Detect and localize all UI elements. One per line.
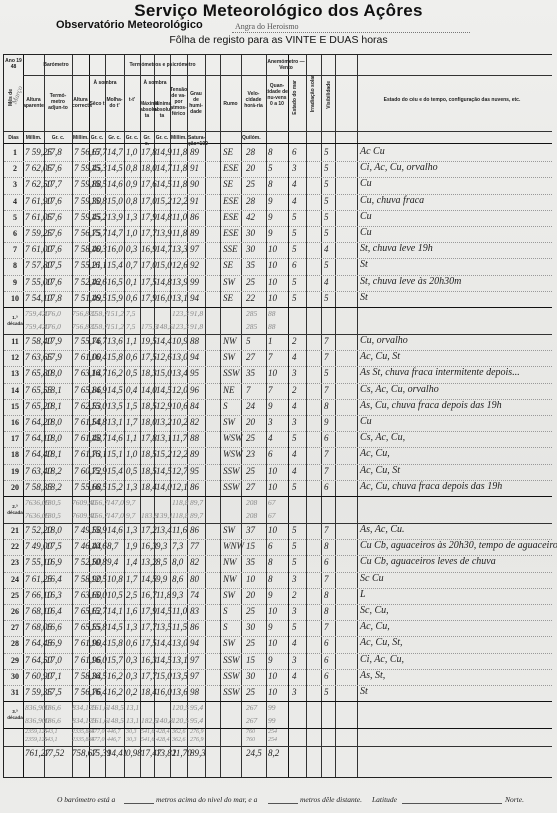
cell-seco: 15,3 [91,163,107,173]
cell-vel: 25 [246,687,255,697]
row-rule [4,636,552,637]
cell-mar: 4 [292,352,297,362]
cell-dif: 0,6 [126,352,137,362]
cell-vel: 28 [246,196,255,206]
cell-tens: 8,0 [172,557,183,567]
decade-value: 147,0 [107,498,124,507]
cell-max: 13,2 [141,557,157,567]
cell-tadj: 17,9 [46,352,62,362]
cell-tadj: 18,0 [46,368,62,378]
cell-hum: 98 [190,687,199,697]
cell-tens: 11,8 [172,147,187,157]
row-rule [4,572,552,573]
cell-hum: 80 [190,574,199,584]
cell-min: 14,5 [156,606,172,616]
total-value: 30,3 [126,737,137,743]
cell-sky-remark: St [360,686,368,697]
col-max: Máxima absolu-ta [140,101,154,119]
total-value: 477,0 [91,729,105,735]
cell-seco: 16,1 [91,449,107,459]
footer-latitude: Latitude [372,795,397,804]
cell-tadj: 16,6 [46,622,62,632]
cell-max: 17,0 [141,260,157,270]
decade-value: 140,8 [156,716,173,725]
cell-mar: 5 [292,482,297,492]
row-rule [4,588,552,589]
cell-molh: 13,6 [107,336,123,346]
cell-seco: 10,6 [91,541,107,551]
decade-value: 89,7 [190,498,203,507]
decade-value: 151,2 [107,309,124,318]
cell-dif: 1,0 [126,449,137,459]
total-value: 254 [268,737,277,743]
row-rule [4,620,552,621]
day-number: 18 [8,450,22,459]
cell-molh: 13,1 [107,417,123,427]
cell-sky-remark: Ac, Cu, [360,448,390,459]
sheet-subtitle: Fôlha de registo para as VINTE E DUAS ho… [0,34,557,46]
cell-tens: 13,1 [172,655,188,665]
cell-sky-remark: Ac, Cu, St [360,351,400,362]
cell-molh: 14,6 [107,525,123,535]
cell-hum: 95 [190,466,199,476]
cell-visibility: 6 [324,433,329,443]
cell-seco: 16,7 [91,368,107,378]
decade-value: 13,1 [126,716,139,725]
cell-nuv: 8 [268,147,273,157]
cell-min: 14,5 [156,179,172,189]
cell-hum: 91 [190,196,199,206]
cell-vel: 25 [246,466,255,476]
decade-value: 180,5 [44,511,61,520]
cell-tadj: 18,0 [46,433,62,443]
mean-value: 17,52 [44,748,64,758]
cell-sky-remark: Ac, Cu, St, [360,637,403,648]
cell-nuv: 8 [268,557,273,567]
cell-tadj: 17,6 [46,277,62,287]
day-number: 29 [8,656,22,665]
total-value: 428,4 [156,737,170,743]
cell-visibility: 4 [324,277,329,287]
cell-mar: 2 [292,590,297,600]
cell-mar: 3 [292,574,297,584]
cell-vel: 27 [246,482,255,492]
cell-nuv: 10 [268,482,277,492]
row-rule [4,275,552,276]
cell-rumo: SSW [223,671,240,681]
total-value: 254 [268,729,277,735]
cell-dif: 0,9 [126,179,137,189]
decade-value: 161,6 [91,716,108,725]
cell-dif: 1,4 [126,557,137,567]
cell-visibility: 5 [324,228,329,238]
cell-vel: 25 [246,179,255,189]
cell-hum: 94 [190,352,199,362]
cell-tens: 13,3 [172,244,188,254]
decade-value: 156,7 [91,498,108,507]
decade-label: 2.ª década [6,504,24,516]
cell-rumo: SSW [223,368,240,378]
total-value: 362,6 [172,737,186,743]
cell-seco: 16,4 [91,638,107,648]
cell-nuv: 9 [268,655,273,665]
cell-seco: 15,9 [91,525,107,535]
cell-max: 17,6 [141,179,157,189]
cell-molh: 14,6 [107,179,123,189]
decade-value: 9,7 [126,511,135,520]
cell-tadj: 18,0 [46,417,62,427]
cell-mar: 3 [292,606,297,616]
total-value: 541,6 [141,737,155,743]
day-number: 2 [8,164,22,173]
cell-molh: 15,4 [107,466,123,476]
cell-visibility: 6 [324,557,329,567]
cell-sky-remark: Cu [360,178,372,189]
cell-hum: 86 [190,525,199,535]
cell-nuv: 9 [268,590,273,600]
cell-nuv: 10 [268,606,277,616]
cell-hum: 90 [190,179,199,189]
cell-nuv: 10 [268,368,277,378]
decade-value: 158,7 [91,322,108,331]
cell-vel: 35 [246,368,255,378]
day-number: 13 [8,369,22,378]
decade-value: 161,6 [91,703,108,712]
cell-hum: 94 [190,638,199,648]
decade-label: 1.ª década [6,315,24,327]
cell-visibility: 5 [324,687,329,697]
cell-dif: 2,5 [126,590,137,600]
cell-molh: 13,5 [107,401,123,411]
decade-value: 123,3 [172,309,189,318]
col-min: Mínima absolu-ta [154,101,170,119]
cell-min: 14,0 [156,482,172,492]
col-sky-state: Estado do céu e do tempo, configuração d… [357,97,547,103]
cell-min: 14,4 [156,638,172,648]
cell-tadj: 17,6 [46,244,62,254]
cell-visibility: 8 [324,541,329,551]
cell-visibility: 6 [324,638,329,648]
footer-barometer-text: O barómetro está a [57,795,115,804]
anemometer-header: Anemómetro — Vento [266,59,306,71]
cell-dif: 0,6 [126,638,137,648]
decade-value: 180,5 [44,498,61,507]
cell-mar: 5 [292,622,297,632]
decade-value: 139,1 [156,511,173,520]
cell-rumo: S [223,622,228,632]
cell-nuv: 10 [268,687,277,697]
cell-mar: 5 [292,557,297,567]
cell-tens: 12,2 [172,449,188,459]
cell-sky-remark: Ac, Cu, St [360,465,400,476]
day-number: 11 [8,337,22,346]
cell-dif: 0,4 [126,385,137,395]
cell-tadj: 17,6 [46,228,62,238]
cell-min: 13,1 [156,433,172,443]
mean-value: 11,70 [172,748,192,758]
day-number: 28 [8,639,22,648]
cell-tadj: 17,8 [46,147,62,157]
cell-hum: 97 [190,244,199,254]
cell-max: 16,3 [141,655,157,665]
decade-value: 148,5 [107,703,124,712]
decade-value: 123,3 [172,322,189,331]
cell-seco: 16,0 [91,655,107,665]
cell-tens: 12,0 [172,385,188,395]
cell-tens: 12,2 [172,196,188,206]
cell-min: 13,4 [156,525,172,535]
cell-vel: 35 [246,557,255,567]
cell-nuv: 7 [268,352,273,362]
cell-min: 9,9 [156,574,167,584]
cell-molh: 16,2 [107,368,123,378]
cell-molh: 15,1 [107,449,123,459]
cell-seco: 16,3 [91,244,107,254]
cell-hum: 92 [190,260,199,270]
cell-tadj: 16,9 [46,557,62,567]
cell-min: 14,5 [156,466,172,476]
cell-vel: 20 [246,417,255,427]
cell-max: 17,7 [141,622,157,632]
cell-min: 14,8 [156,212,172,222]
decade-rule [4,701,552,702]
cell-max: 17,0 [141,196,157,206]
total-value: 276,9 [190,729,204,735]
cell-tens: 11,8 [172,179,187,189]
col-attached-thermometer: Termó-metro adjun-to [44,93,72,111]
cell-max: 17,9 [141,606,157,616]
cell-rumo: NW [223,574,237,584]
day-number: 7 [8,245,22,254]
decade-value: 67 [268,498,276,507]
cell-tadj: 18,1 [46,401,62,411]
cell-sky-remark: Cu, chuva fraca [360,195,424,206]
decade-value: 208 [246,498,257,507]
cell-sky-remark: Ac, Cu, [360,621,390,632]
cell-max: 17,5 [141,352,157,362]
cell-rumo: SE [223,293,233,303]
cell-vel: 25 [246,638,255,648]
decade-value: 88 [268,322,276,331]
cell-rumo: SE [223,260,233,270]
cell-hum: 95 [190,368,199,378]
cell-hum: 97 [190,655,199,665]
cell-mar: 4 [292,671,297,681]
cell-mar: 5 [292,541,297,551]
day-number: 10 [8,294,22,303]
year-header: Ano 19 48 [4,58,23,70]
cell-molh: 14,7 [107,228,123,238]
decade-value: 186,6 [44,716,61,725]
cell-dif: 0,2 [126,687,137,697]
cell-tens: 7,3 [172,541,183,551]
cell-molh: 16,0 [107,244,123,254]
cell-dif: 0,6 [126,293,137,303]
cell-sky-remark: As, St, [360,670,385,681]
total-value: 446,7 [107,737,121,743]
col-humidity: Grau de humi-dade [187,91,205,115]
cell-sky-remark: Cu Cb, aguaceiros leves de chuva [360,556,496,567]
cell-max: 17,9 [141,293,157,303]
row-rule [4,431,552,432]
decade-value: 120,5 [172,703,189,712]
cell-molh: 14,5 [107,385,123,395]
cell-dif: 0,1 [126,277,137,287]
cell-visibility: 8 [324,606,329,616]
footer-blank-latitude [402,803,502,804]
day-number: 8 [8,261,22,270]
cell-visibility: 9 [324,417,329,427]
cell-sky-remark: Cu Cb, aguaceiros às 20h30, tempo de agu… [360,540,557,551]
cell-sky-remark: Cu, orvalho [360,335,408,346]
decade-value: 186,6 [44,703,61,712]
cell-visibility: 4 [324,244,329,254]
total-value: 428,4 [156,729,170,735]
cell-max: 18,5 [141,449,157,459]
col-shade-1: À sombra [89,80,121,86]
cell-seco: 16,5 [91,293,107,303]
row-rule [4,291,552,292]
cell-visibility: 7 [324,385,329,395]
unit-label: Millim. [73,135,88,141]
cell-molh: 14,5 [107,163,123,173]
cell-nuv: 1 [268,336,273,346]
row-rule [4,350,552,351]
cell-tadj: 16,9 [46,638,62,648]
cell-vel: 25 [246,606,255,616]
footer-blank-altitude [124,803,154,804]
day-number: 15 [8,402,22,411]
cell-dif: 0,5 [126,466,137,476]
cell-seco: 15,7 [91,228,107,238]
cell-tens: 10,9 [172,336,188,346]
cell-tadj: 17,7 [46,179,62,189]
day-number: 4 [8,197,22,206]
cell-seco: 16,5 [91,482,107,492]
row-rule [4,653,552,654]
cell-molh: 15,7 [107,655,123,665]
cell-vel: 25 [246,277,255,287]
cell-vel: 20 [246,163,255,173]
cell-mar: 4 [292,638,297,648]
decade-value: 7,5 [126,309,135,318]
cell-min: 15,2 [156,449,172,459]
cell-sky-remark: Cu [360,416,372,427]
cell-rumo: SSE [223,244,238,254]
cell-hum: 77 [190,541,199,551]
cell-max: 14,0 [141,385,157,395]
cell-max: 17,5 [141,638,157,648]
cell-max: 17,8 [141,433,157,443]
cell-vel: 25 [246,433,255,443]
footer-metros-distante: metros dêle distante. [300,795,362,804]
cell-hum: 89 [190,449,199,459]
cell-seco: 16,6 [91,277,107,287]
cell-molh: 13,9 [107,212,123,222]
cell-dif: 0,8 [126,163,137,173]
cell-vel: 30 [246,671,255,681]
unit-label: Millim. [171,135,186,141]
cell-hum: 86 [190,212,199,222]
decade-value: 267 [246,703,257,712]
cell-max: 17,8 [141,147,157,157]
row-rule [4,447,552,448]
total-value: 276,9 [190,737,204,743]
footer-norte: Norte. [505,795,524,804]
footer-blank-distance [268,803,298,804]
cell-rumo: ESE [223,163,239,173]
cell-max: 17,9 [141,212,157,222]
decade-value: 91,8 [190,322,203,331]
col-visibility: Visibilidade [326,81,332,109]
decade-value: 99 [268,716,276,725]
cell-tens: 10,2 [172,417,188,427]
day-number: 3 [8,180,22,189]
cell-nuv: 8 [268,179,273,189]
cell-seco: 16,4 [91,687,107,697]
cell-tadj: 17,0 [46,655,62,665]
cell-mar: 5 [292,212,297,222]
cell-mar: 5 [292,433,297,443]
cell-dif: 1,7 [126,574,137,584]
cell-hum: 96 [190,385,199,395]
cell-tens: 12,6 [172,260,188,270]
decade-value: 176,0 [44,322,61,331]
cell-visibility: 7 [324,336,329,346]
day-number: 31 [8,688,22,697]
cell-sky-remark: L [360,589,366,600]
cell-seco: 14,7 [91,336,107,346]
cell-min: 15,2 [156,196,172,206]
cell-tens: 13,5 [172,671,188,681]
decade-rule [4,307,552,308]
decade-value: 95,4 [190,716,203,725]
cell-nuv: 4 [268,433,273,443]
cell-hum: 86 [190,622,199,632]
footer-metros-acima: metros acima do nivel do mar, e a [156,795,257,804]
decade-value: 91,8 [190,309,203,318]
cell-visibility: 5 [324,179,329,189]
cell-vel: 28 [246,147,255,157]
cell-dif: 0,5 [126,368,137,378]
day-number: 22 [8,542,22,551]
cell-mar: 6 [292,260,297,270]
cell-min: 13,5 [156,622,172,632]
cell-nuv: 10 [268,525,277,535]
cell-hum: 88 [190,433,199,443]
cell-vel: 30 [246,622,255,632]
cell-visibility: 6 [324,655,329,665]
cell-tadj: 17,5 [46,541,62,551]
cell-tadj: 17,5 [46,687,62,697]
cell-tadj: 18,1 [46,385,62,395]
unit-label: Gr. c. [155,135,169,141]
cell-visibility: 7 [324,466,329,476]
cell-max: 18,5 [141,466,157,476]
cell-vel: 30 [246,228,255,238]
cell-min: 14,7 [156,244,172,254]
decade-value: 67 [268,511,276,520]
cell-mar: 5 [292,277,297,287]
decade-value: 118,8 [172,511,188,520]
cell-seco: 16,5 [91,671,107,681]
decade-value: 285 [246,309,257,318]
cell-min: 12,9 [156,401,172,411]
cell-vel: 23 [246,449,255,459]
cell-tens: 13,9 [172,277,188,287]
cell-sky-remark: Cs, Ac, Cu, orvalho [360,384,439,395]
cell-seco: 15,7 [91,433,107,443]
